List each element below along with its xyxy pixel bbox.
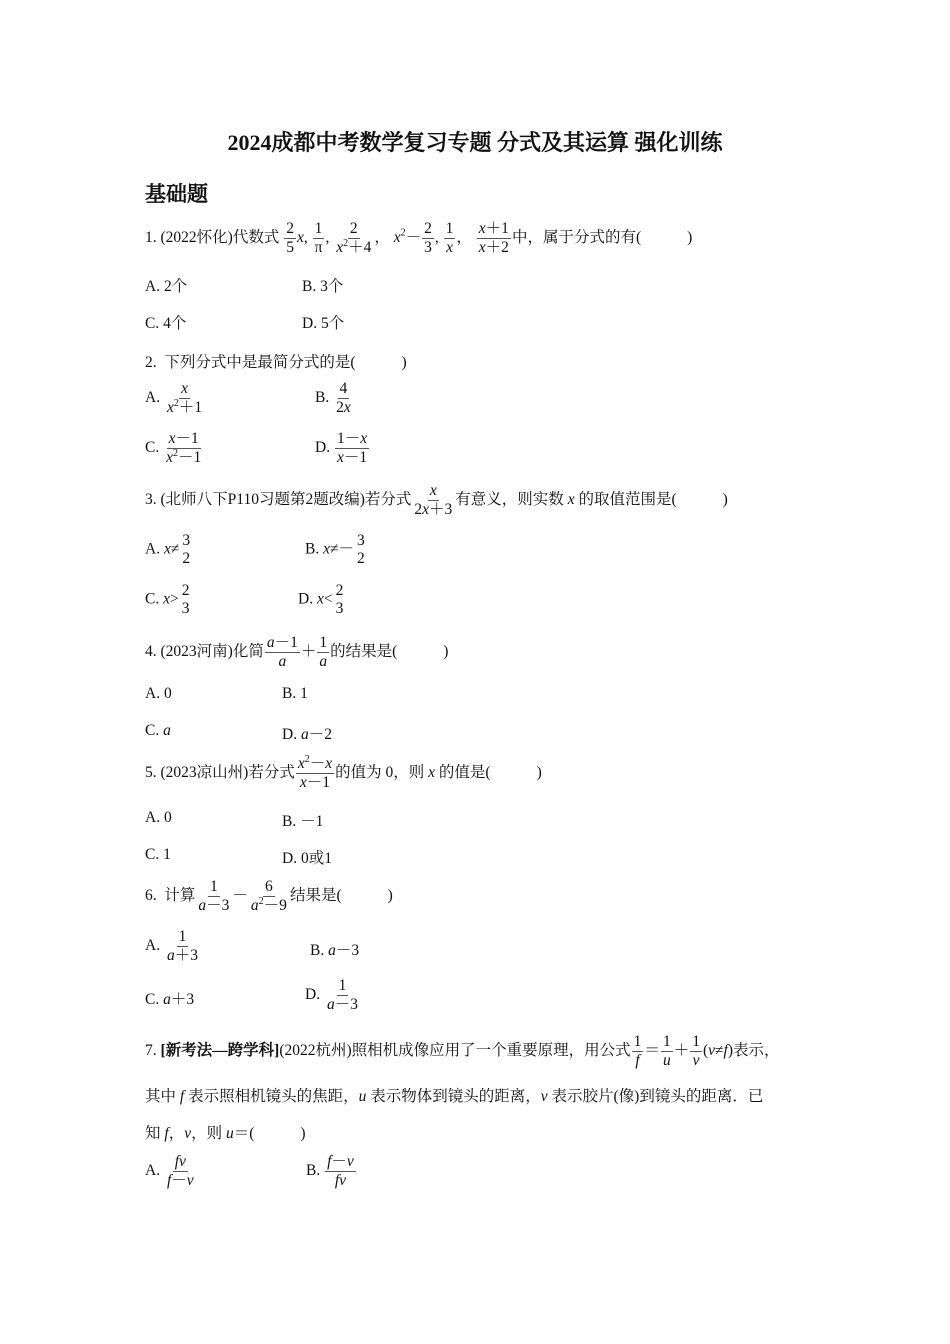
q4-option-d: D. a－2 [282,722,332,744]
q6-option-b: B. a－3 [310,938,359,960]
q6-option-d: D. 1a－3 [305,977,361,1014]
q1-option-b: B. 3个 [302,274,343,296]
q2-option-d: D. 1－xx－1 [315,430,370,467]
q3-option-a: A. x≠32 [145,532,193,568]
question-7-line2: 其中 f 表示照相机镜头的焦距，u 表示物体到镜头的距离，v 表示胶片(像)到镜… [145,1084,763,1106]
q5-option-b: B. －1 [282,809,323,831]
q3-option-c: C. x>23 [145,582,192,618]
question-7-line3: 知 f，v，则 u＝() [145,1121,306,1143]
question-7-stem: 7. [新考法—跨学科](2022杭州)照相机成像应用了一个重要原理，用公式1f… [145,1033,780,1070]
q3-option-d: D. x<23 [298,582,346,618]
question-3-stem: 3. (北师八下P110习题第2题改编)若分式x2x＋3有意义，则实数 x 的取… [145,482,728,519]
q7-option-b: B. f－vfv [306,1153,357,1190]
q4-option-b: B. 1 [282,685,308,703]
q1-option-c: C. 4个 [145,311,186,333]
q5-option-d: D. 0或1 [282,846,332,868]
q6-option-c: C. a＋3 [145,987,194,1009]
q2-option-c: C. x－1x2－1 [145,430,204,467]
q1-option-a: A. 2个 [145,274,187,296]
q2-option-b: B. 42x [315,380,354,417]
q4-option-c: C. a [145,722,171,740]
q1-option-d: D. 5个 [302,311,344,333]
q5-option-c: C. 1 [145,846,171,864]
question-6-stem: 6. 计算1a－3－6a2－9结果是() [145,878,393,915]
q5-option-a: A. 0 [145,809,172,827]
section-heading: 基础题 [145,178,208,208]
question-2-stem: 2. 下列分式中是最简分式的是() [145,350,407,372]
question-4-stem: 4. (2023河南)化简a－1a＋1a的结果是() [145,634,448,671]
page-title: 2024成都中考数学复习专题 分式及其运算 强化训练 [0,126,950,157]
q3-option-b: B. x≠－32 [305,532,368,568]
question-5-stem: 5. (2023凉山州)若分式x2－xx－1的值为 0，则 x 的值是() [145,755,542,792]
q4-option-a: A. 0 [145,685,172,703]
q6-option-a: A. 1a＋3 [145,928,201,965]
question-1-stem: 1. (2022怀化)代数式 25x, 1π, 2x2＋4， x2－23, 1x… [145,220,692,257]
q2-option-a: A. xx2＋1 [145,380,205,417]
q7-option-a: A. fvf－v [145,1153,197,1190]
